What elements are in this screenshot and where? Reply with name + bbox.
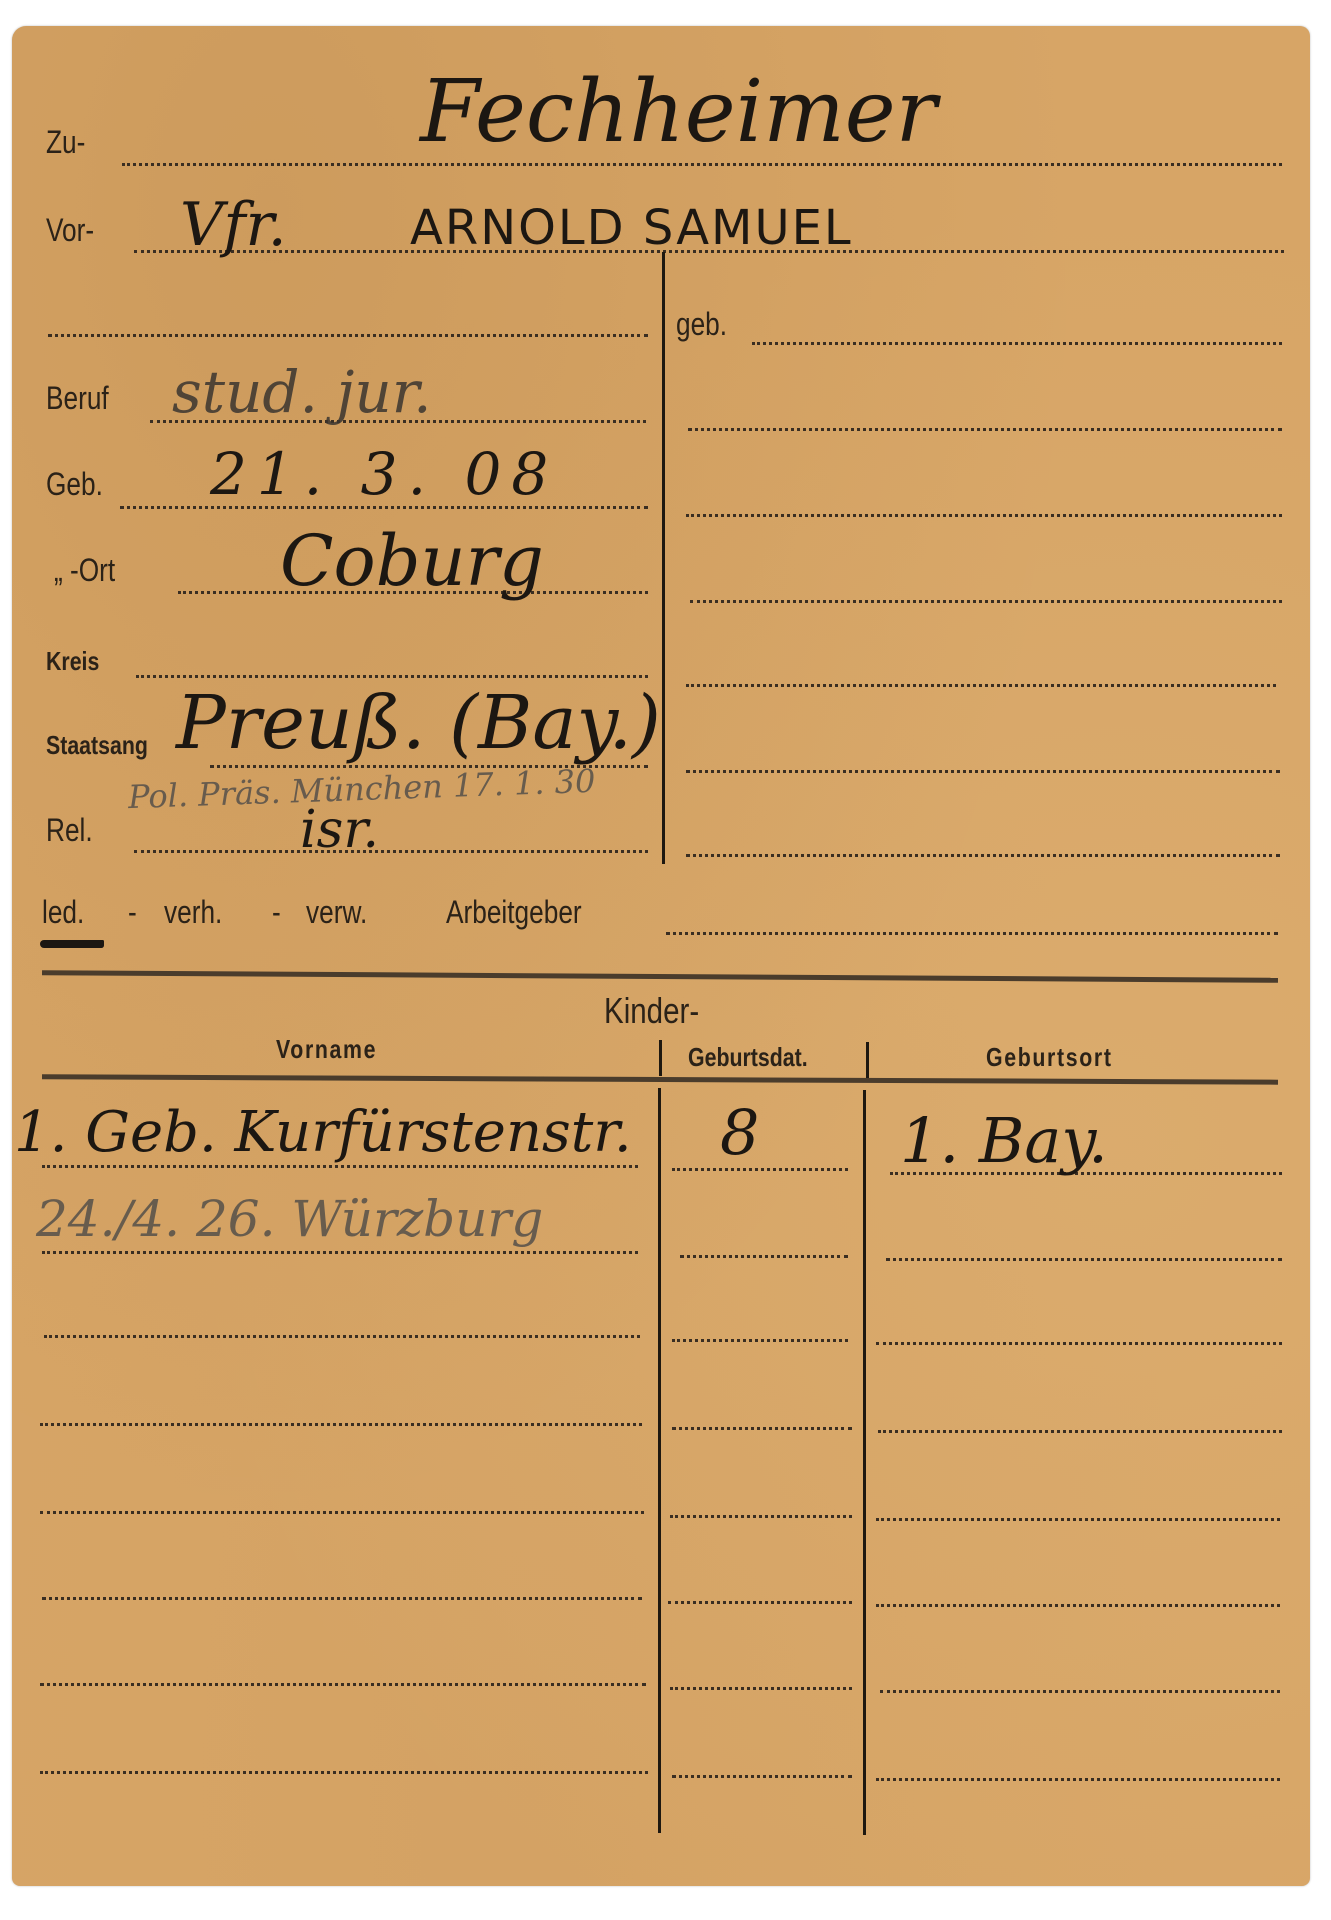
line-kreis (136, 675, 648, 678)
row-line-col2 (668, 1601, 852, 1604)
line-right-2 (686, 514, 1282, 517)
row-line-col2 (672, 1427, 852, 1430)
kinder-title: Kinder- (604, 990, 699, 1032)
value-staatsangehoerigkeit: Preuß. (Bay.) (176, 680, 661, 766)
column-divider-2 (863, 1090, 866, 1835)
row-line-col3 (886, 1258, 1282, 1261)
column-divider-1 (658, 1088, 661, 1833)
section-divider (662, 252, 665, 864)
label-geburtsort: „ -Ort (54, 552, 115, 589)
line-geb-right (752, 342, 1282, 345)
row-line-col2 (670, 1515, 852, 1518)
kinder-row1-geburtsdat: 8 (720, 1096, 759, 1169)
label-zuname: Zu- (46, 124, 85, 161)
status-verheiratet: verh. (164, 894, 222, 931)
row-line-col3 (876, 1518, 1280, 1521)
value-vorname-prefix: Vfr. (180, 190, 287, 260)
line-rel (134, 850, 648, 853)
row-line-col1 (42, 1597, 642, 1600)
row-line-col1 (40, 1683, 646, 1686)
label-vorname: Vor- (46, 212, 94, 249)
value-zuname: Fechheimer (420, 62, 937, 162)
label-geb-right: geb. (676, 306, 727, 343)
kinder-row1-vorname: 1. Geb. Kurfürstenstr. (14, 1100, 632, 1165)
value-vorname: ARNOLD SAMUEL (410, 200, 853, 256)
row-line-col2 (670, 1687, 852, 1690)
label-kreis: Kreis (46, 646, 99, 677)
row-line-col1 (42, 1251, 638, 1254)
label-arbeitgeber: Arbeitgeber (446, 894, 582, 931)
column-divider-header-2 (866, 1042, 869, 1078)
value-geburtsdatum: 21. 3. 08 (210, 440, 558, 508)
column-header-geburtsdat: Geburtsdat. (688, 1042, 808, 1073)
row-line-col2 (680, 1255, 848, 1258)
row-line-col2 (672, 1775, 852, 1778)
status-verwitwet: verw. (306, 894, 367, 931)
label-geb: Geb. (46, 466, 103, 503)
line-right-1 (688, 428, 1282, 431)
line-right-5 (686, 770, 1280, 773)
line-right-6 (686, 854, 1280, 857)
kinder-row2-vorname: 24./4. 26. Würzburg (36, 1190, 543, 1248)
value-beruf: stud. jur. (172, 358, 432, 426)
row-line-col1 (40, 1423, 642, 1426)
value-religion: isr. (300, 800, 379, 860)
row-line-col1 (40, 1511, 644, 1514)
line-right-4 (686, 684, 1276, 687)
line-right-3 (690, 600, 1282, 603)
row-line-col1 (42, 1165, 638, 1168)
column-divider-header-1 (659, 1040, 662, 1076)
line-blank (48, 334, 648, 337)
kinder-row1-geburtsort: 1. Bay. (900, 1104, 1108, 1177)
column-header-vorname: Vorname (276, 1034, 377, 1065)
ledig-underline-mark (40, 940, 104, 948)
row-line-col1 (44, 1335, 640, 1338)
label-beruf: Beruf (46, 380, 109, 417)
column-header-geburtsort: Geburtsort (986, 1042, 1113, 1073)
line-arbeitgeber (666, 932, 1278, 935)
row-line-col3 (878, 1430, 1282, 1433)
row-line-col1 (40, 1771, 648, 1774)
label-staatsang: Staatsang (46, 730, 148, 761)
line-zuname (122, 163, 1282, 166)
index-card (12, 26, 1310, 1886)
row-line-col2 (672, 1339, 848, 1342)
row-line-col3 (880, 1690, 1280, 1693)
row-line-col3 (876, 1604, 1280, 1607)
row-line-col3 (876, 1778, 1280, 1781)
status-ledig: led. (42, 894, 84, 931)
value-geburtsort: Coburg (280, 520, 544, 602)
row-line-col3 (876, 1342, 1282, 1345)
row-line-col2 (672, 1168, 848, 1171)
status-separator: - (272, 894, 281, 931)
status-separator: - (128, 894, 137, 931)
label-rel: Rel. (46, 812, 93, 849)
